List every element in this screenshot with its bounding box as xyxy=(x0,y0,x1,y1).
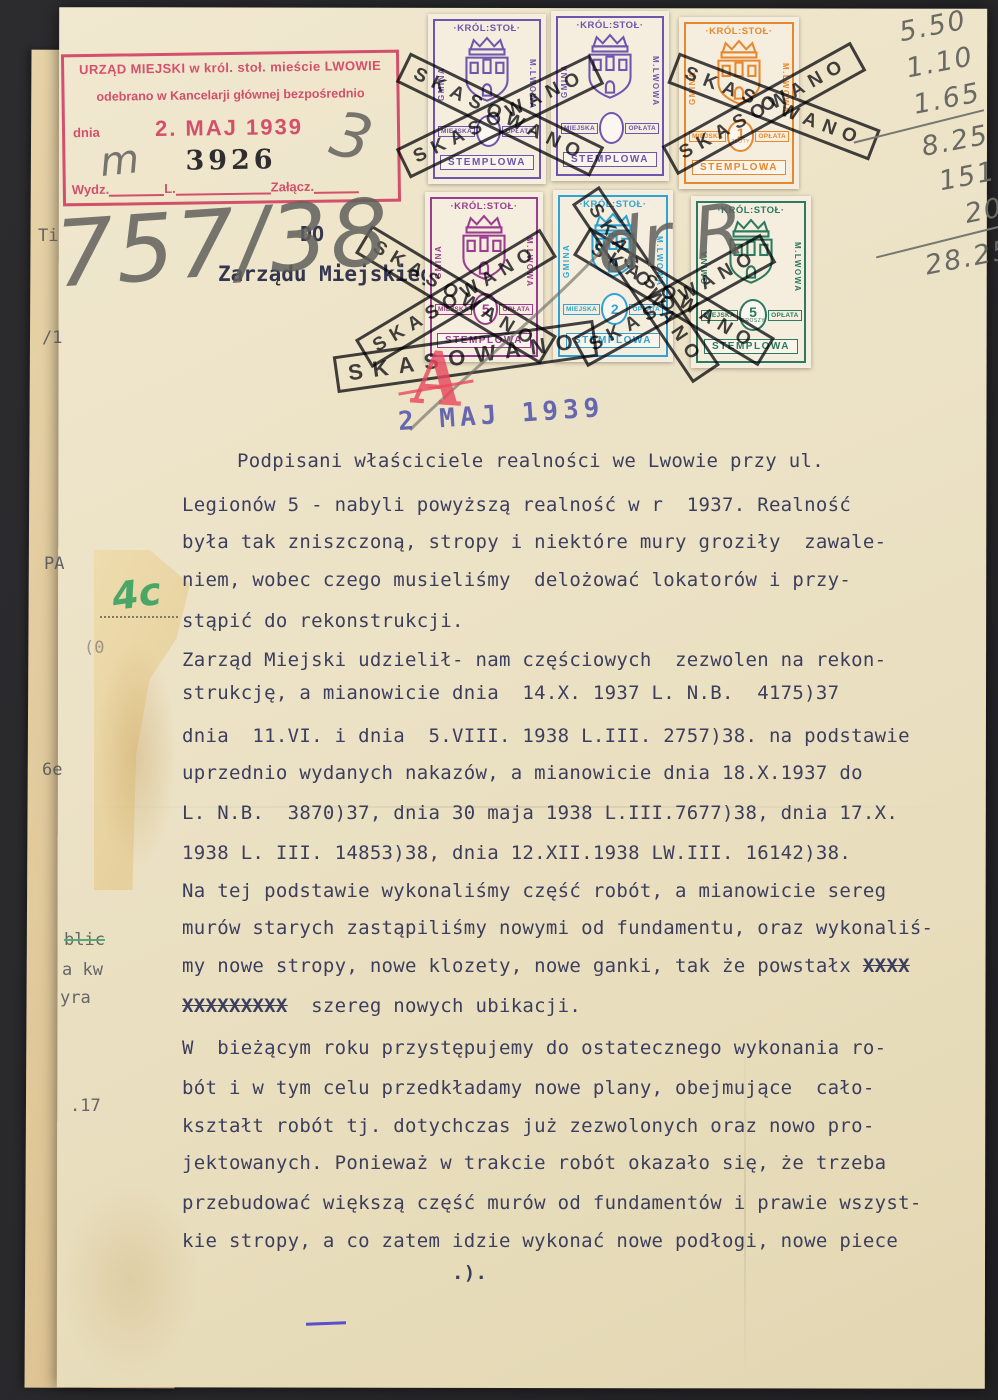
typed-line: my nowe stropy, nowe klozety, nowe ganki… xyxy=(182,955,910,977)
intake-date-label: dnia xyxy=(73,125,100,140)
margin-fragment: a kw xyxy=(62,960,103,980)
stamp-band-right: OPŁATA xyxy=(625,123,659,134)
stamp-band-right: OPŁATA xyxy=(755,131,789,142)
wydz-entry-mark: m xyxy=(98,136,142,186)
typed-line: kształt robót tj. dotychczas już zezwolo… xyxy=(182,1115,875,1137)
intake-office-line: URZĄD MIEJSKI w król. stoł. mieście LWOW… xyxy=(64,58,396,78)
typed-line: stąpić do rekonstrukcji. xyxy=(182,610,464,632)
margin-fragment: blic xyxy=(64,930,105,950)
typed-line: 1938 L. III. 14853)38, dnia 12.XII.1938 … xyxy=(182,842,851,864)
stamp-top-label: ·KRÓL:STOŁ· xyxy=(686,26,792,37)
typed-line: Legionów 5 - nabyli powyższą realność w … xyxy=(182,494,851,516)
typed-line: L. N.B. 3870)37, dnia 30 maja 1938 L.III… xyxy=(182,802,898,824)
margin-fragment: Ti xyxy=(38,226,58,246)
typed-line: dnia 11.VI. i dnia 5.VIII. 1938 L.III. 2… xyxy=(182,725,910,747)
typed-line: bót i w tym celu przedkładamy nowe plany… xyxy=(182,1077,875,1099)
closing-mark: .). xyxy=(452,1262,487,1284)
typed-line: kie stropy, a co zatem idzie wykonać now… xyxy=(182,1230,898,1252)
margin-fragment: PA xyxy=(44,554,64,574)
intake-date: 2. MAJ 1939 xyxy=(155,114,303,142)
stamp-top-label: ·KRÓL:STOŁ· xyxy=(558,20,662,31)
green-note: 4c xyxy=(109,569,164,619)
stamp-band-right: OPŁATA xyxy=(768,310,802,321)
typed-line: W bieżącym roku przystępujemy do ostatec… xyxy=(182,1037,886,1059)
stamp-value-number: 5 xyxy=(749,306,757,318)
typed-line: Na tej podstawie wykonaliśmy część robót… xyxy=(182,880,886,902)
margin-fragment: (0 xyxy=(84,638,104,658)
margin-fragment: 6e xyxy=(42,760,62,780)
margin-fragment: /1 xyxy=(42,328,62,348)
stamp-top-label: ·KRÓL:STOŁ· xyxy=(432,201,536,212)
typed-line: murów starych zastąpiliśmy nowymi od fun… xyxy=(182,917,933,939)
stamp-bottom-label: STEMPLOWA xyxy=(440,155,534,170)
typed-line: niem, wobec czego musieliśmy delożować l… xyxy=(182,569,851,591)
typed-line: przebudować większą część murów od funda… xyxy=(182,1192,922,1214)
margin-fragment: .17 xyxy=(70,1096,101,1116)
typed-line: uprzednio wydanych nakazów, a mianowicie… xyxy=(182,762,863,784)
stamp-value xyxy=(599,112,624,144)
typed-text: szereg nowych ubikacji. xyxy=(288,995,581,1017)
overstruck-text: XXXX xyxy=(863,955,910,977)
stamp-bottom-label: STEMPLOWA xyxy=(692,160,786,175)
typed-text: my nowe stropy, nowe klozety, nowe ganki… xyxy=(182,955,863,977)
margin-fragment: yra xyxy=(60,988,91,1008)
typed-line: Podpisani właściciele realności we Lwowi… xyxy=(237,450,824,472)
stamp-band-left: MIEJSKA xyxy=(563,304,600,315)
photo-background: { "intake_stamp": { "line1": "URZĄD MIEJ… xyxy=(0,0,998,1400)
typed-line: była tak zniszczoną, stropy i niektóre m… xyxy=(182,531,886,553)
stamp-top-label: ·KRÓL:STOŁ· xyxy=(435,23,539,34)
dotted-leader-line xyxy=(100,616,178,618)
typed-line: XXXXXXXXX szereg nowych ubikacji. xyxy=(182,995,581,1017)
intake-number: 3926 xyxy=(185,144,277,176)
typed-line: jektowanych. Ponieważ w trakcie robót ok… xyxy=(182,1152,886,1174)
typed-line: Zarząd Miejski udzielił- nam częściowych… xyxy=(182,649,886,671)
typed-line: strukcję, a mianowicie dnia 14.X. 1937 L… xyxy=(182,682,839,704)
overstruck-text: XXXXXXXXX xyxy=(182,995,288,1017)
